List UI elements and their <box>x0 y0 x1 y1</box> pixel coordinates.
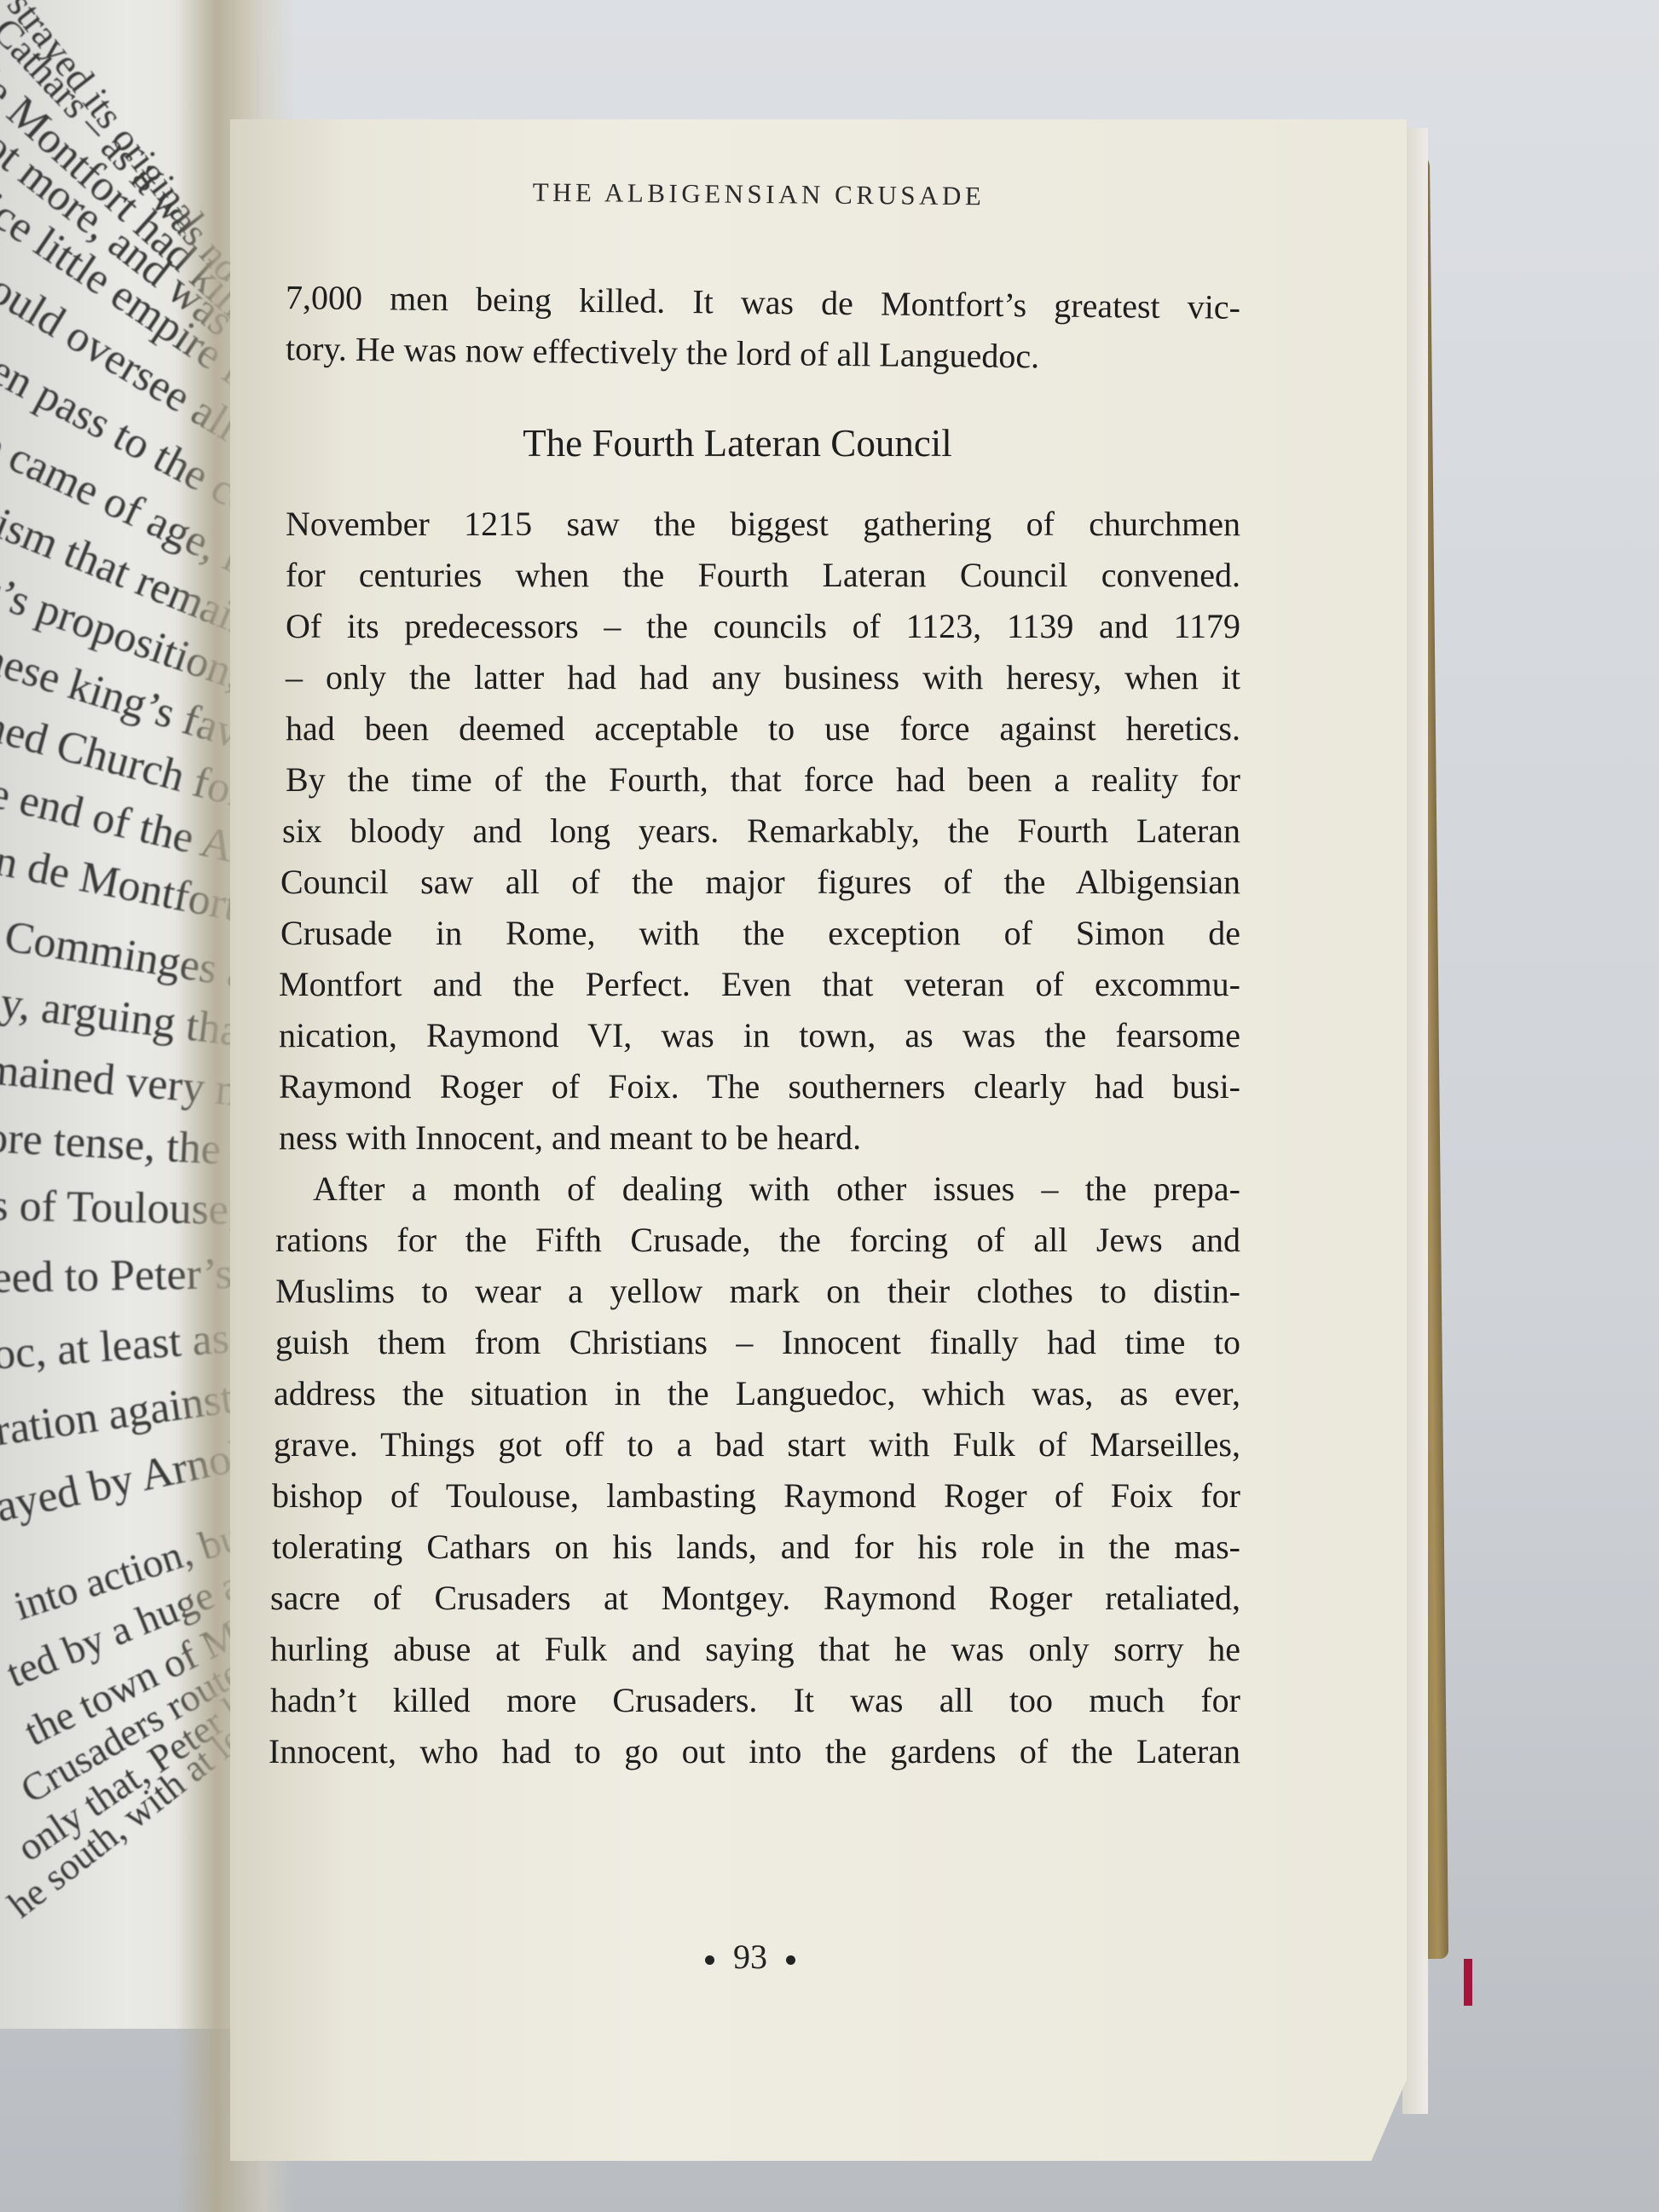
text-line: for centuries when the Fourth Lateran Co… <box>286 550 1240 601</box>
text-line: guish them from Christians – Innocent fi… <box>275 1317 1240 1368</box>
text-line: bishop of Toulouse, lambasting Raymond R… <box>272 1470 1240 1522</box>
text-line: By the time of the Fourth, that force ha… <box>286 754 1240 806</box>
text-line: hadn’t killed more Crusaders. It was all… <box>270 1675 1240 1726</box>
bookmark-ribbon <box>1464 1959 1472 2006</box>
text-line: six bloody and long years. Remarkably, t… <box>282 806 1240 857</box>
text-line: November 1215 saw the biggest gathering … <box>286 499 1240 550</box>
text-line: tory. He was now effectively the lord of… <box>286 323 1241 384</box>
text-line: – only the latter had had any business w… <box>286 652 1240 703</box>
text-line: rations for the Fifth Crusade, the forci… <box>275 1215 1240 1266</box>
text-line: Muslims to wear a yellow mark on their c… <box>275 1266 1240 1317</box>
text-line: Council saw all of the major figures of … <box>280 857 1240 908</box>
page-body: 7,000 men being killed. It was de Montfo… <box>286 277 1240 1777</box>
text-line: Crusade in Rome, with the exception of S… <box>280 908 1240 959</box>
text-line: grave. Things got off to a bad start wit… <box>274 1419 1240 1470</box>
page-number-value: 93 <box>733 1938 767 1976</box>
text-line: Of its predecessors – the councils of 11… <box>286 601 1240 652</box>
section-heading: The Fourth Lateran Council <box>286 379 1240 499</box>
text-line: hurling abuse at Fulk and saying that he… <box>270 1624 1240 1675</box>
text-line: Raymond Roger of Foix. The southerners c… <box>279 1061 1240 1112</box>
text-line: sacre of Crusaders at Montgey. Raymond R… <box>270 1573 1240 1624</box>
text-line: Innocent, who had to go out into the gar… <box>269 1726 1240 1777</box>
paragraph-2: After a month of dealing with other issu… <box>286 1164 1240 1777</box>
text-line: ness with Innocent, and meant to be hear… <box>279 1112 1240 1164</box>
text-line: tolerating Cathars on his lands, and for… <box>272 1522 1240 1573</box>
text-line: address the situation in the Languedoc, … <box>274 1368 1240 1419</box>
bullet-ornament-icon <box>786 1955 795 1965</box>
text-line: After a month of dealing with other issu… <box>277 1164 1240 1215</box>
page-number: 93 <box>673 1937 827 1977</box>
bullet-ornament-icon <box>705 1955 714 1965</box>
text-line: Montfort and the Perfect. Even that vete… <box>279 959 1240 1010</box>
running-head: THE ALBIGENSIAN CRUSADE <box>520 177 997 212</box>
text-line: had been deemed acceptable to use force … <box>286 703 1240 754</box>
paragraph-1: November 1215 saw the biggest gathering … <box>286 499 1240 1164</box>
text-line: nication, Raymond VI, was in town, as wa… <box>279 1010 1240 1061</box>
